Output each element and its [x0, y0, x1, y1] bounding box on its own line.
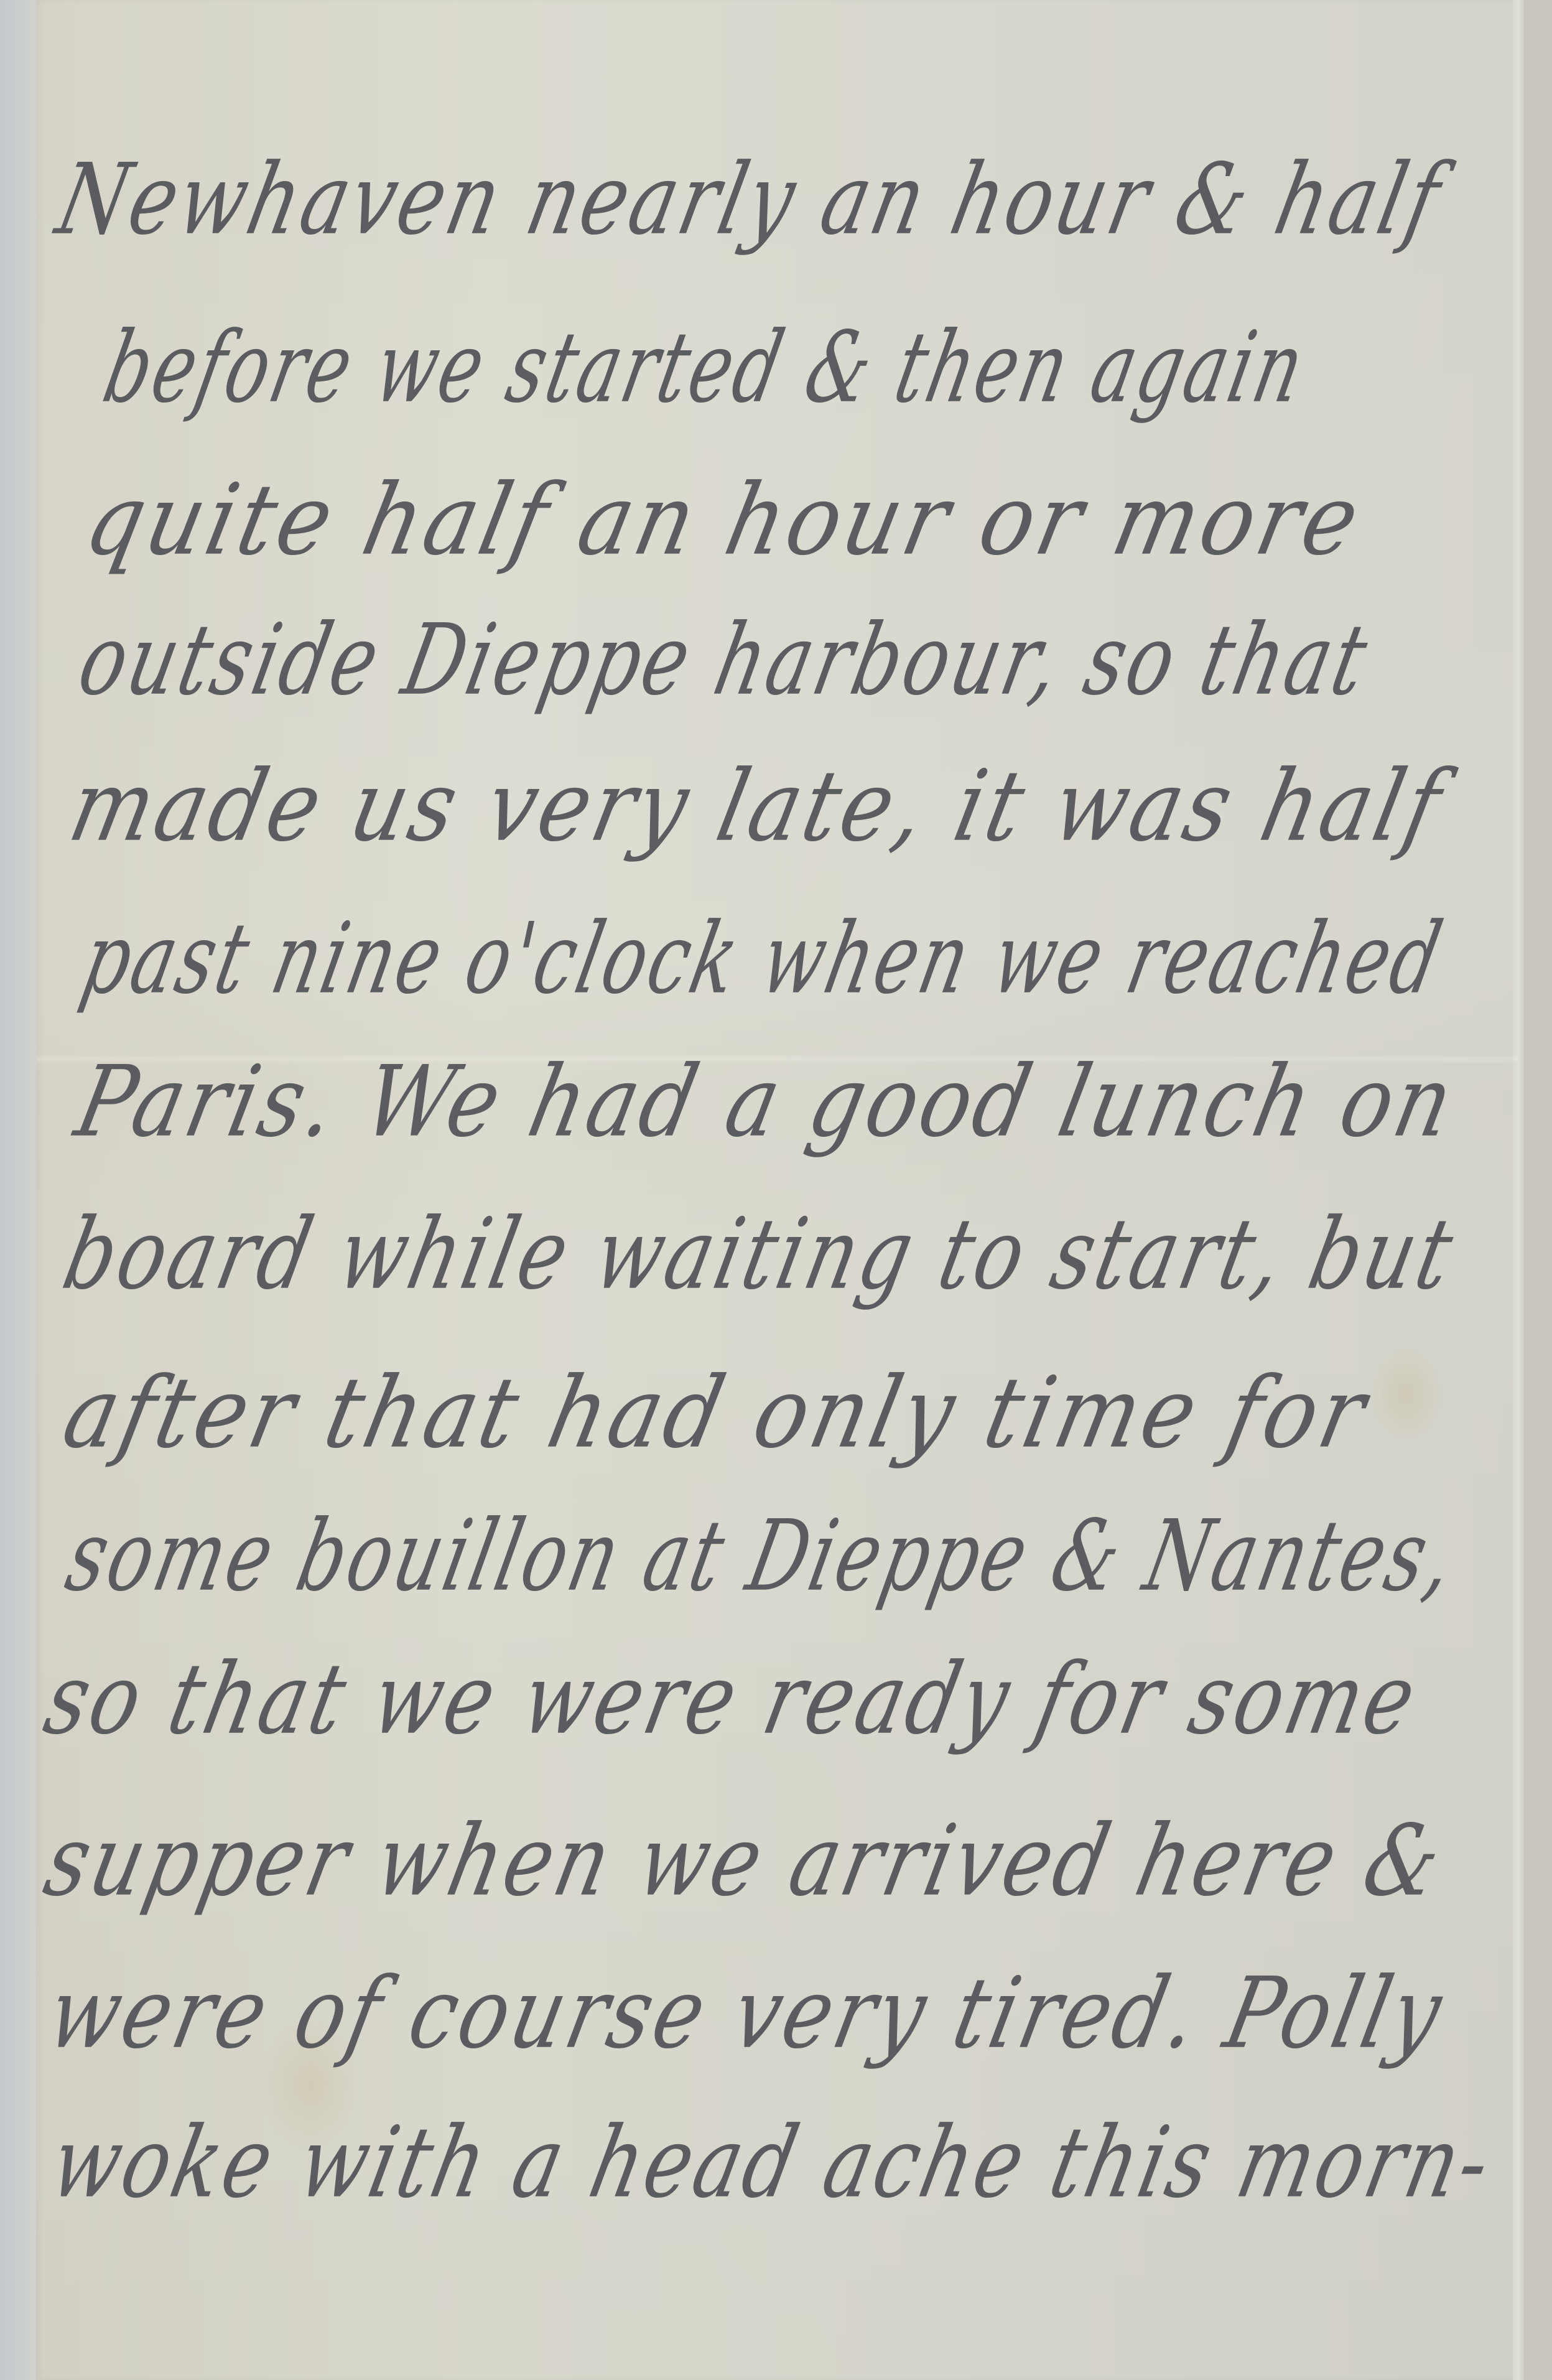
letter-line: supper when we arrived here &: [37, 1813, 1452, 1911]
letter-photo: { "document": { "type": "handwritten let…: [0, 0, 1552, 2380]
letter-line: past nine o'clock when we reached: [75, 910, 1451, 1009]
letter-line: before we started & then again: [96, 319, 1314, 418]
letter-line: some bouillon at Dieppe & Nantes,: [59, 1508, 1464, 1606]
letter-line: board while waiting to start, but: [56, 1206, 1463, 1304]
letter-line: after that had only time for: [56, 1365, 1377, 1463]
letter-line: outside Dieppe harbour, so that: [72, 612, 1377, 710]
letter-line: Paris. We had a good lunch on: [68, 1053, 1464, 1152]
letter-line: quite half an hour or more: [78, 472, 1370, 570]
letter-line: made us very late, it was half: [62, 758, 1452, 856]
letter-text: Newhaven nearly an hour & half before we…: [0, 0, 1552, 2380]
letter-line: were of course very tired. Polly: [40, 1965, 1452, 2063]
letter-line: Newhaven nearly an hour & half: [50, 151, 1451, 250]
letter-line: woke with a head ache this morn-: [44, 2114, 1501, 2213]
letter-line: so that we were ready for some: [37, 1651, 1426, 1749]
